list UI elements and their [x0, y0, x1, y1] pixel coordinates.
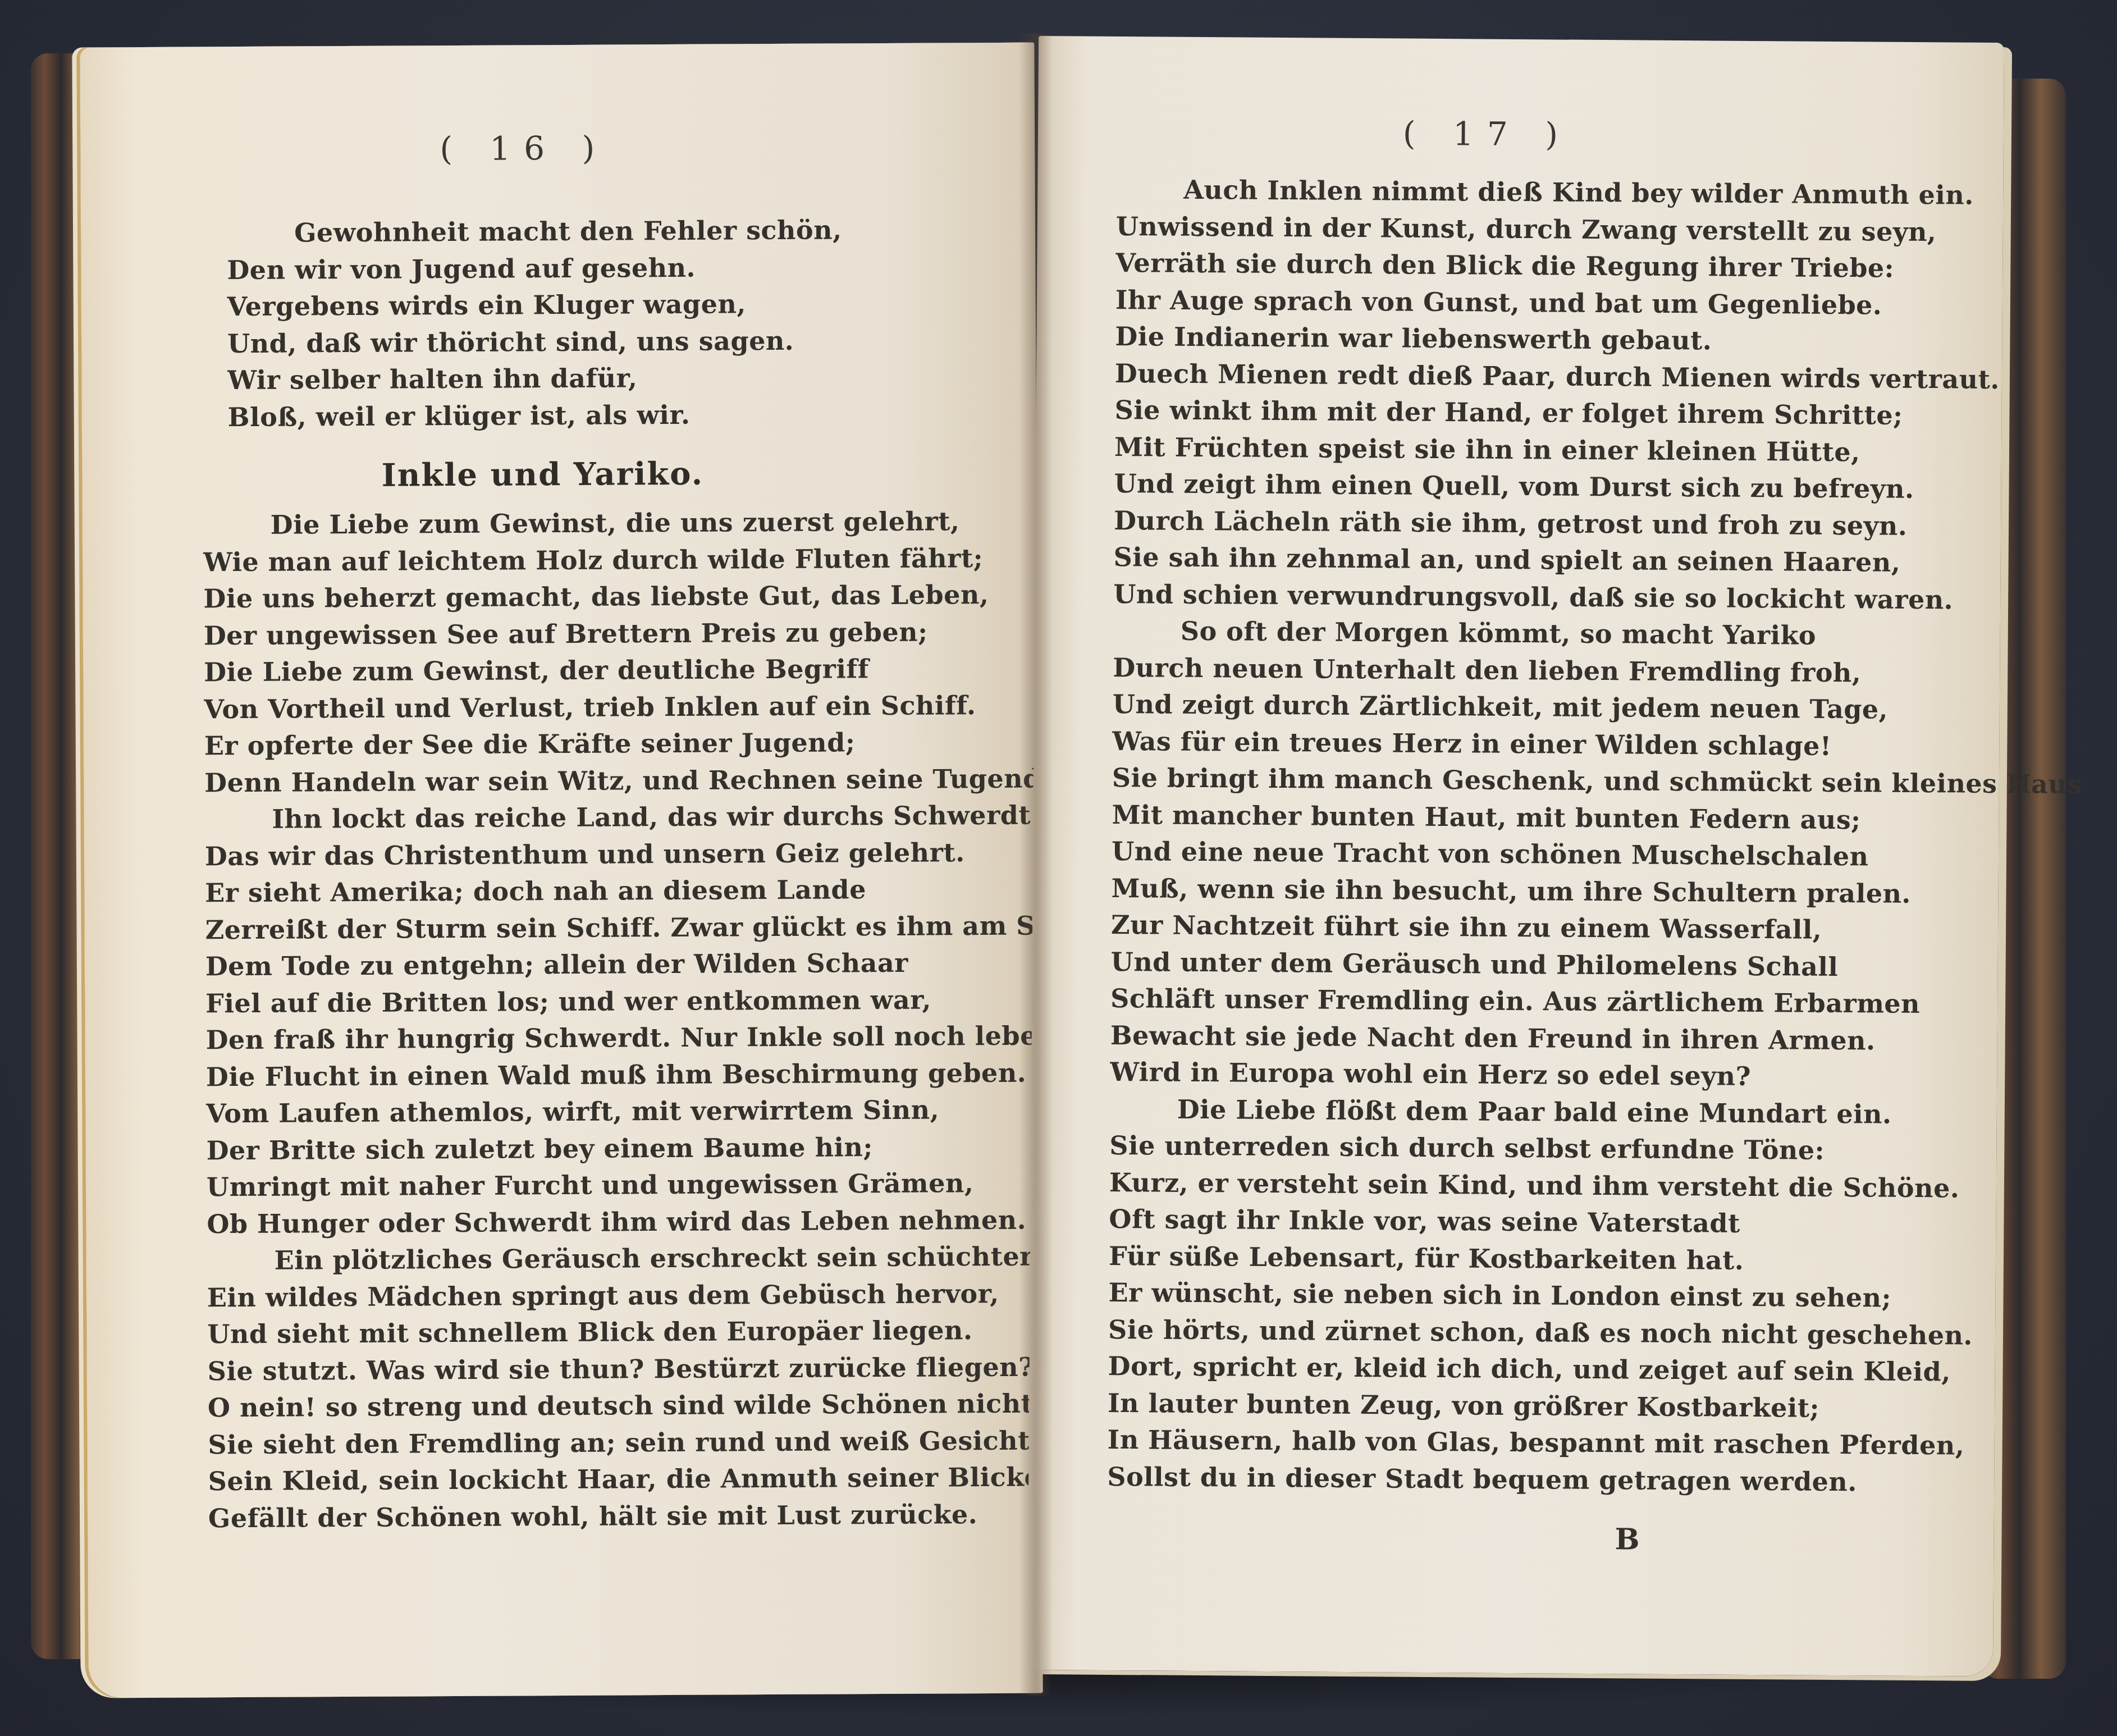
- poem-line: Kurz, er versteht sein Kind, und ihm ver…: [1109, 1164, 2079, 1208]
- epigram-verse: Gewohnheit macht den Fehler schön, Den w…: [227, 212, 843, 436]
- poem-line: Sie sah ihn zehnmal an, und spielt an se…: [1113, 539, 2083, 583]
- left-page: ( 16 ) Gewohnheit macht den Fehler schön…: [80, 43, 1043, 1698]
- poem-body-left: Die Liebe zum Gewinst, die uns zuerst ge…: [203, 502, 1168, 1537]
- poem-line: Duech Mienen redt dieß Paar, durch Miene…: [1115, 355, 2085, 399]
- verse-line: Wir selber halten ihn dafür,: [227, 359, 843, 399]
- verse-line: Und, daß wir thöricht sind, uns sagen.: [227, 322, 843, 362]
- poem-line: Die Indianerin war liebenswerth gebaut.: [1115, 318, 2085, 362]
- poem-line: Ihr Auge sprach von Gunst, und bat um Ge…: [1115, 281, 2086, 325]
- poem-line: Die Liebe flößt dem Paar bald eine Munda…: [1110, 1090, 2080, 1134]
- poem-line: Sie unterreden sich durch selbst erfundn…: [1109, 1127, 2079, 1171]
- poem-line: Der Britte sich zuletzt bey einem Baume …: [206, 1127, 1166, 1169]
- poem-line: In Häusern, halb von Glas, bespannt mit …: [1107, 1422, 2077, 1465]
- poem-line: Durch neuen Unterhalt den lieben Fremdli…: [1113, 649, 2083, 693]
- verse-line: Gewohnheit macht den Fehler schön,: [227, 212, 842, 252]
- right-page: ( 17 ) Auch Inklen nimmt dieß Kind bey w…: [1027, 36, 2004, 1676]
- poem-line: Ihn lockt das reiche Land, das wir durch…: [204, 796, 1164, 838]
- poem-line: Wird in Europa wohl ein Herz so edel sey…: [1110, 1054, 2080, 1098]
- poem-line: Fiel auf die Britten los; und wer entkom…: [205, 980, 1165, 1022]
- poem-line: Und sieht mit schnellem Blick den Europä…: [207, 1311, 1167, 1353]
- poem-line: Und schien verwundrungsvoll, daß sie so …: [1113, 575, 2083, 619]
- poem-line: Zur Nachtzeit führt sie ihn zu einem Was…: [1111, 907, 2081, 951]
- poem-line: Was für ein treues Herz in einer Wilden …: [1112, 723, 2082, 766]
- poem-line: Die Flucht in einen Wald muß ihm Beschir…: [206, 1054, 1166, 1095]
- poem-line: Denn Handeln war sein Witz, und Rechnen …: [204, 760, 1164, 801]
- poem-line: Der ungewissen See auf Brettern Preis zu…: [204, 613, 1164, 654]
- poem-line: Die uns beherzt gemacht, das liebste Gut…: [203, 575, 1163, 617]
- poem-line: Mit mancher bunten Haut, mit bunten Fede…: [1112, 796, 2082, 840]
- poem-line: Bewacht sie jede Nacht den Freund in ihr…: [1110, 1017, 2081, 1061]
- poem-line: Verräth sie durch den Blick die Regung i…: [1115, 245, 2086, 289]
- page-number-left: ( 16 ): [47, 127, 1001, 170]
- poem-line: Sie bringt ihm manch Geschenk, und schmü…: [1112, 760, 2082, 803]
- signature-mark: B: [1615, 1522, 1639, 1556]
- poem-line: Ob Hunger oder Schwerdt ihm wird das Leb…: [207, 1201, 1167, 1242]
- poem-line: Und eine neue Tracht von schönen Muschel…: [1112, 833, 2082, 877]
- poem-line: Die Liebe zum Gewinst, die uns zuerst ge…: [203, 502, 1163, 543]
- poem-line: Vom Laufen athemlos, wirft, mit verwirrt…: [206, 1090, 1166, 1132]
- poem-line: Er wünscht, sie neben sich in London ein…: [1108, 1274, 2078, 1318]
- poem-line: Das wir das Christenthum und unsern Geiz…: [205, 833, 1165, 875]
- poem-line: Sein Kleid, sein lockicht Haar, die Anmu…: [208, 1458, 1168, 1500]
- poem-line: Oft sagt ihr Inkle vor, was seine Vaters…: [1109, 1201, 2079, 1245]
- poem-line: Umringt mit naher Furcht und ungewissen …: [207, 1164, 1167, 1205]
- poem-line: O nein! so streng und deutsch sind wilde…: [208, 1385, 1168, 1426]
- poem-line: Muß, wenn sie ihn besucht, um ihre Schul…: [1111, 870, 2081, 913]
- poem-line: Den fraß ihr hungrig Schwerdt. Nur Inkle…: [205, 1017, 1165, 1058]
- poem-line: Sie winkt ihm mit der Hand, er folget ih…: [1114, 392, 2084, 436]
- poem-line: Gefällt der Schönen wohl, hält sie mit L…: [208, 1495, 1168, 1537]
- poem-line: Und zeigt ihm einen Quell, vom Durst sic…: [1114, 465, 2084, 509]
- poem-line: Dort, spricht er, kleid ich dich, und ze…: [1108, 1348, 2078, 1392]
- poem-line: Unwissend in der Kunst, durch Zwang vers…: [1116, 208, 2086, 252]
- poem-line: Die Liebe zum Gewinst, der deutliche Beg…: [204, 649, 1164, 691]
- poem-line: Sie stutzt. Was wird sie thun? Bestürzt …: [207, 1348, 1167, 1390]
- poem-line: Und zeigt durch Zärtlichkeit, mit jedem …: [1113, 686, 2083, 730]
- poem-line: So oft der Morgen kömmt, so macht Yariko: [1113, 613, 2083, 656]
- poem-line: Und unter dem Geräusch und Philomelens S…: [1110, 943, 2081, 987]
- poem-line: Mit Früchten speist sie ihn in einer kle…: [1114, 428, 2084, 472]
- poem-line: Schläft unser Fremdling ein. Aus zärtlic…: [1110, 980, 2081, 1024]
- poem-line: Auch Inklen nimmt dieß Kind bey wilder A…: [1116, 171, 2086, 215]
- poem-line: Durch Lächeln räth sie ihm, getrost und …: [1114, 502, 2084, 546]
- verse-line: Den wir von Jugend auf gesehn.: [227, 249, 842, 289]
- verse-line: Vergebens wirds ein Kluger wagen,: [227, 285, 843, 325]
- poem-line: Dem Tode zu entgehn; allein der Wilden S…: [205, 943, 1165, 985]
- verse-line: Bloß, weil er klüger ist, als wir.: [228, 396, 843, 436]
- poem-title: Inkle und Yariko.: [82, 441, 1003, 508]
- poem-line: Für süße Lebensart, für Kostbarkeiten ha…: [1109, 1237, 2079, 1281]
- poem-line: Sie sieht den Fremdling an; sein rund un…: [208, 1422, 1168, 1463]
- poem-line: Er opferte der See die Kräfte seiner Jug…: [204, 723, 1164, 764]
- poem-line: Wie man auf leichtem Holz durch wilde Fl…: [203, 539, 1163, 581]
- poem-body-right: Auch Inklen nimmt dieß Kind bey wilder A…: [1107, 171, 2086, 1502]
- poem-line: Er sieht Amerika; doch nah an diesem Lan…: [205, 870, 1165, 911]
- poem-line: Sollst du in dieser Stadt bequem getrage…: [1107, 1458, 2077, 1502]
- poem-line: Von Vortheil und Verlust, trieb Inklen a…: [204, 686, 1164, 728]
- page-number-right: ( 17 ): [1004, 112, 1970, 157]
- poem-line: Zerreißt der Sturm sein Schiff. Zwar glü…: [205, 907, 1165, 948]
- poem-line: Sie hörts, und zürnet schon, daß es noch…: [1108, 1311, 2078, 1355]
- poem-line: Ein plötzliches Geräusch erschreckt sein…: [207, 1237, 1167, 1279]
- poem-line: Ein wildes Mädchen springt aus dem Gebüs…: [207, 1274, 1167, 1316]
- poem-line: In lauter bunten Zeug, von größrer Kostb…: [1108, 1385, 2078, 1428]
